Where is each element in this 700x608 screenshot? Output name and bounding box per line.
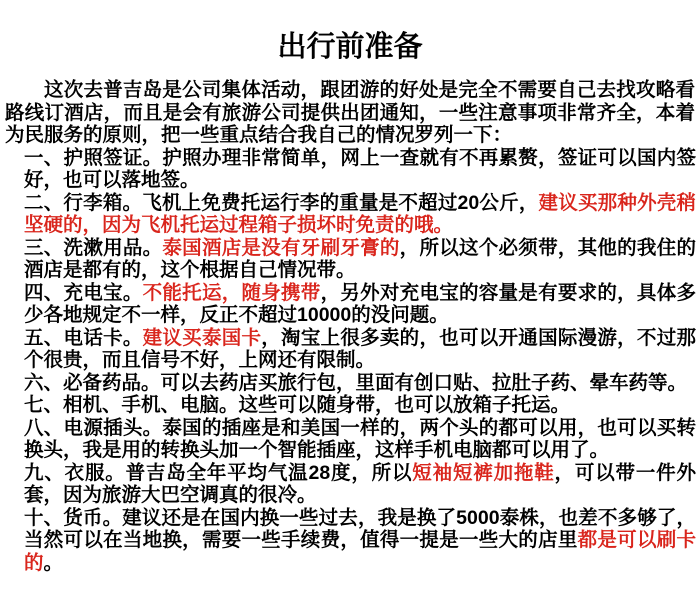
- page-title: 出行前准备: [0, 28, 700, 66]
- highlight-segment: 不能托运，随身携带: [143, 282, 321, 304]
- text-segment: 。: [44, 552, 64, 574]
- text-segment: 八、电源插头。泰国的插座是和美国一样的，两个头的都可以用，也可以买转换头，我是用…: [24, 417, 696, 462]
- text-segment: 四、充电宝。: [24, 282, 143, 304]
- text-segment: 一、护照签证。护照办理非常简单，网上一查就有不再累赘，签证可以国内签好，也可以落…: [24, 147, 696, 192]
- list-item: 十、货币。建议还是在国内换一些过去，我是换了5000泰株，也差不多够了，当然可以…: [24, 507, 696, 575]
- highlight-segment: 建议买泰国卡: [143, 327, 262, 349]
- list-item: 五、电话卡。建议买泰国卡，淘宝上很多卖的，也可以开通国际漫游，不过那个很贵，而且…: [24, 327, 696, 372]
- intro-paragraph: 这次去普吉岛是公司集体活动，跟团游的好处是完全不需要自己去找攻略看路线订酒店，而…: [5, 79, 695, 147]
- list-item: 一、护照签证。护照办理非常简单，网上一查就有不再累赘，签证可以国内签好，也可以落…: [24, 147, 696, 192]
- list-item: 三、洗漱用品。泰国酒店是没有牙刷牙膏的，所以这个必须带，其他的我住的酒店是都有的…: [24, 237, 696, 282]
- text-segment: 六、必备药品。可以去药店买旅行包，里面有创口贴、拉肚子药、晕车药等。: [24, 372, 687, 394]
- text-segment: 九、衣服。普吉岛全年平均气温28度，所以: [24, 462, 412, 484]
- text-segment: 三、洗漱用品。: [24, 237, 162, 259]
- document-page: 出行前准备 这次去普吉岛是公司集体活动，跟团游的好处是完全不需要自己去找攻略看路…: [0, 0, 700, 608]
- text-segment: 五、电话卡。: [24, 327, 143, 349]
- highlight-segment: 短袖短裤加拖鞋: [412, 462, 554, 484]
- list-item: 六、必备药品。可以去药店买旅行包，里面有创口贴、拉肚子药、晕车药等。: [24, 372, 696, 395]
- list-item: 四、充电宝。不能托运，随身携带，另外对充电宝的容量是有要求的，具体多少各地规定不…: [24, 282, 696, 327]
- checklist: 一、护照签证。护照办理非常简单，网上一查就有不再累赘，签证可以国内签好，也可以落…: [24, 147, 696, 575]
- list-item: 九、衣服。普吉岛全年平均气温28度，所以短袖短裤加拖鞋，可以带一件外套，因为旅游…: [24, 462, 696, 507]
- list-item: 二、行李箱。飞机上免费托运行李的重量是不超过20公斤，建议买那种外壳稍坚硬的，因…: [24, 192, 696, 237]
- highlight-segment: 泰国酒店是没有牙刷牙膏的: [162, 237, 399, 259]
- text-segment: 七、相机、手机、电脑。这些可以随身带，也可以放箱子托运。: [24, 394, 570, 416]
- list-item: 八、电源插头。泰国的插座是和美国一样的，两个头的都可以用，也可以买转换头，我是用…: [24, 417, 696, 462]
- text-segment: 二、行李箱。飞机上免费托运行李的重量是不超过20公斤，: [24, 192, 539, 214]
- list-item: 七、相机、手机、电脑。这些可以随身带，也可以放箱子托运。: [24, 394, 696, 417]
